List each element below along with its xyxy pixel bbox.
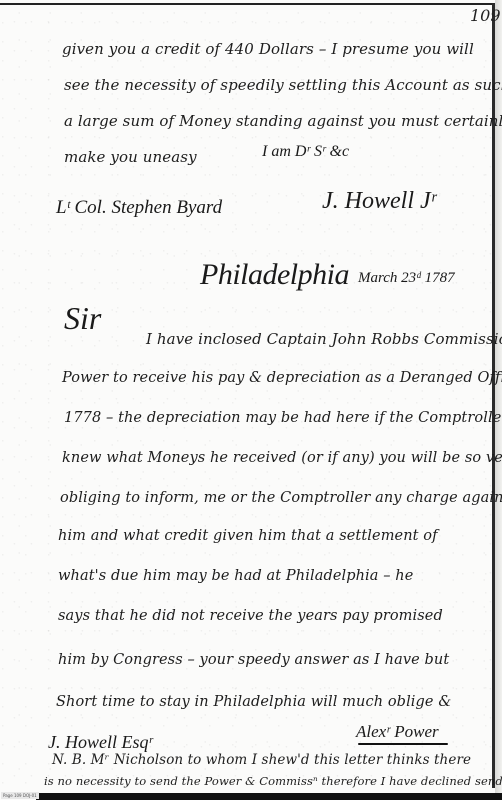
signature-underline [358,743,448,745]
body-line-4: knew what Moneys he received (or if any)… [62,450,502,466]
body-line-1: I have inclosed Captain John Robbs Commi… [146,330,502,348]
letter-salutation: Sir [64,300,101,337]
closing-line-2: see the necessity of speedily settling t… [64,76,502,94]
body-line-10: Short time to stay in Philadelphia will … [56,694,451,710]
page-number: 109 [470,6,501,25]
closing-line-1: given you a credit of 440 Dollars – I pr… [62,40,474,58]
closing-signature: J. Howell Jʳ [322,188,436,215]
body-line-6: him and what credit given him that a set… [58,528,438,544]
postscript-line-2: is no necessity to send the Power & Comm… [44,774,502,788]
letter-place: Philadelphia [200,258,349,292]
top-border-rule [0,3,494,5]
image-caption: Page 109 DOJ-01 [1,792,39,799]
closing-line-3: a large sum of Money standing against yo… [64,112,502,130]
closing-line-4: make you uneasy [64,148,197,166]
body-line-7: what's due him may be had at Philadelphi… [58,568,413,584]
letter-date: March 23ᵈ 1787 [358,270,455,287]
bottom-border-bar [36,793,502,800]
complimentary-close: I am Dʳ Sʳ &c [262,143,349,161]
postscript-line-1: N. B. Mʳ Nicholson to whom I shew'd this… [52,752,471,768]
body-line-5: obliging to inform, me or the Comptrolle… [60,490,502,506]
letter-addressee: J. Howell Esqʳ [48,732,152,753]
body-line-2: Power to receive his pay & depreciation … [62,370,502,386]
body-line-3: 1778 – the depreciation may be had here … [64,410,502,426]
manuscript-page: 109 given you a credit of 440 Dollars – … [0,0,502,800]
body-line-9: him by Congress – your speedy answer as … [58,652,449,668]
body-line-8: says that he did not receive the years p… [58,608,443,624]
closing-addressee: Lᵗ Col. Stephen Byard [56,197,222,219]
letter-signature: Alexʳ Power [356,722,439,742]
